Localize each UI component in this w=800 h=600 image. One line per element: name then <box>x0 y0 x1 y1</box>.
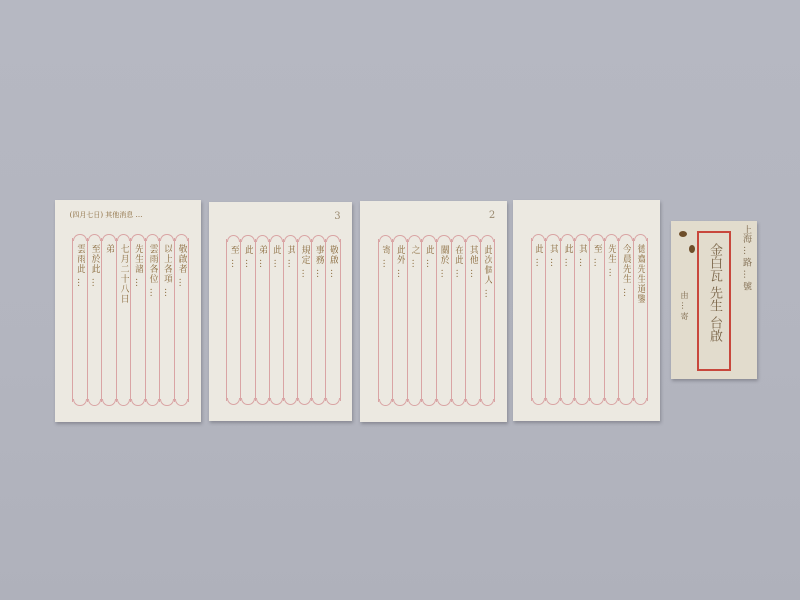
ruled-columns: 敬啟 … 事務 … 規定 … 其 … 此 … 弟 … 此 … 至 … <box>226 239 340 401</box>
text-column: 此 … <box>533 244 543 402</box>
text-column: 之 … <box>410 245 420 403</box>
text-column: 至 … <box>229 245 239 401</box>
ruled-columns: 德齋先生道鑒 今晨先生 … 先生 … 至 … 其 … 此 … 其 … 此 … <box>531 238 649 402</box>
ruled-columns: 此次個人 … 其他 … 在此 … 關於 … 此 … 之 … 此外 … 寄 … <box>378 239 496 403</box>
text-column: 至 … <box>592 244 602 402</box>
text-column: 此外 … <box>395 245 405 403</box>
recipient-box: 金白瓦 先生 台啟 <box>697 231 731 371</box>
text-column: 此 … <box>424 245 434 403</box>
text-column: 其 … <box>285 245 295 401</box>
sender-text: 由 … 寄 <box>679 291 690 320</box>
text-column: 七月二十八日 <box>119 244 129 402</box>
page-number: 2 <box>489 210 495 221</box>
page-number: 3 <box>334 211 340 222</box>
text-column: 在此 … <box>453 245 463 403</box>
text-column: 其他 … <box>468 245 478 403</box>
text-column: 弟 … <box>257 245 267 401</box>
text-column: 其 … <box>577 244 587 402</box>
text-column: 關於 … <box>439 245 449 403</box>
envelope: 金白瓦 先生 台啟 上海 … 路 … 號 由 … 寄 <box>671 221 757 379</box>
text-column: 先生 … <box>606 244 616 402</box>
text-column: 弟 <box>104 244 114 402</box>
text-column: 雲雨此 … <box>75 244 85 402</box>
letter-page-4: 德齋先生道鑒 今晨先生 … 先生 … 至 … 其 … 此 … 其 … 此 … <box>513 200 660 421</box>
letter-page-3: 2 此次個人 … 其他 … 在此 … 關於 … 此 … 之 … 此外 … 寄 … <box>360 201 507 422</box>
text-column: 雲雨各位 … <box>148 244 158 402</box>
text-column: 規定 … <box>300 245 310 401</box>
text-column: 此 … <box>563 244 573 402</box>
text-column: 此 … <box>271 245 281 401</box>
text-column: 以上各項 … <box>162 244 172 402</box>
ink-stain <box>679 231 687 237</box>
text-column: 寄 … <box>380 245 390 403</box>
text-column: 敬啟 … <box>328 245 338 401</box>
address-text: 上海 … 路 … 號 <box>740 225 753 290</box>
text-column: 先生諸 … <box>133 244 143 402</box>
text-column: 今晨先生 … <box>621 244 631 402</box>
text-column: 敬啟者 … <box>177 244 187 402</box>
text-column: 德齋先生道鑒 <box>635 244 645 402</box>
text-column: 事務 … <box>314 245 324 401</box>
ink-stain <box>689 245 695 253</box>
text-column: 其 … <box>548 244 558 402</box>
text-column: 此 … <box>243 245 253 401</box>
letter-page-1: (四月七日) 其他消息 … 敬啟者 … 以上各項 … 雲雨各位 … 先生諸 … … <box>55 200 201 422</box>
text-column: 至於此 … <box>90 244 100 402</box>
recipient-name: 金白瓦 先生 台啟 <box>705 243 724 342</box>
letter-page-2: 3 敬啟 … 事務 … 規定 … 其 … 此 … 弟 … 此 … 至 … <box>209 202 352 421</box>
ruled-columns: 敬啟者 … 以上各項 … 雲雨各位 … 先生諸 … 七月二十八日 弟 至於此 …… <box>73 238 190 402</box>
text-column: 此次個人 … <box>482 245 492 403</box>
header-note: (四月七日) 其他消息 … <box>70 211 187 220</box>
